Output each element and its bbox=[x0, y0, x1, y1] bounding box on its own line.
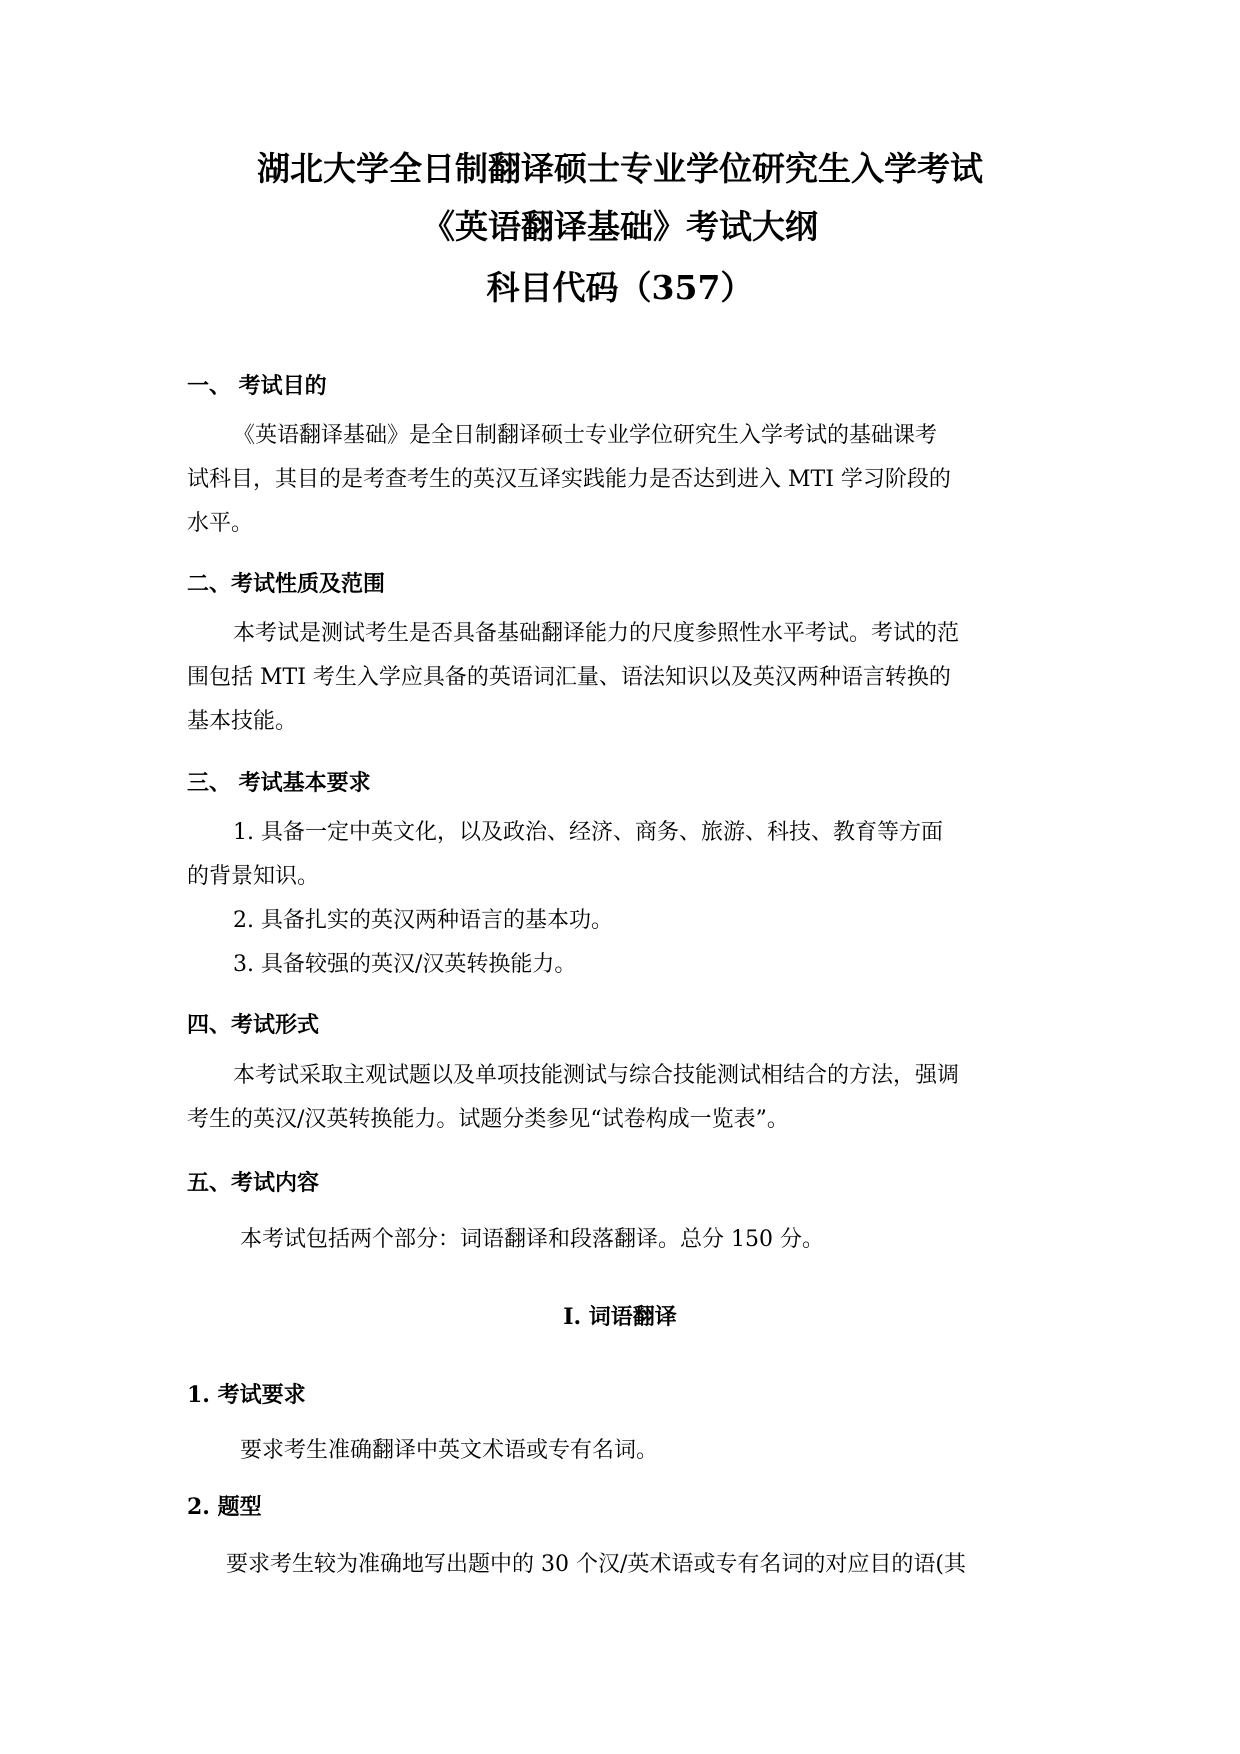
section-heading-exam-content: 五、考试内容 bbox=[187, 1166, 319, 1197]
paragraph-line: 本考试包括两个部分：词语翻译和段落翻译。总分 150 分。 bbox=[240, 1222, 824, 1253]
section-heading-exam-format: 四、考试形式 bbox=[187, 1008, 319, 1039]
subsection-heading-requirements: 1. 考试要求 bbox=[187, 1378, 306, 1409]
section-heading-exam-nature-scope: 二、考试性质及范围 bbox=[187, 567, 385, 598]
paragraph-line: 《英语翻译基础》是全日制翻译硕士专业学位研究生入学考试的基础课考 bbox=[233, 418, 937, 449]
section-heading-exam-purpose: 一、 考试目的 bbox=[187, 369, 327, 400]
list-item: 3. 具备较强的英汉/汉英转换能力。 bbox=[233, 947, 576, 978]
list-item: 1. 具备一定中英文化，以及政治、经济、商务、旅游、科技、教育等方面 bbox=[233, 815, 943, 846]
paragraph-line: 水平。 bbox=[187, 506, 253, 537]
document-page: 湖北大学全日制翻译硕士专业学位研究生入学考试 《英语翻译基础》考试大纲 科目代码… bbox=[0, 0, 1240, 1754]
paragraph-line: 要求考生准确翻译中英文术语或专有名词。 bbox=[240, 1433, 658, 1464]
document-title-line-1: 湖北大学全日制翻译硕士专业学位研究生入学考试 bbox=[0, 143, 1240, 190]
paragraph-line: 试科目，其目的是考查考生的英汉互译实践能力是否达到进入 MTI 学习阶段的 bbox=[187, 462, 951, 493]
document-title-line-2: 《英语翻译基础》考试大纲 bbox=[0, 201, 1240, 248]
document-title-subject-code: 科目代码（357） bbox=[0, 262, 1240, 309]
paragraph-line: 本考试是测试考生是否具备基础翻译能力的尺度参照性水平考试。考试的范 bbox=[233, 616, 959, 647]
paragraph-line: 要求考生较为准确地写出题中的 30 个汉/英术语或专有名词的对应目的语(其 bbox=[226, 1547, 966, 1578]
list-item: 2. 具备扎实的英汉两种语言的基本功。 bbox=[233, 903, 613, 934]
part-heading-term-translation: I. 词语翻译 bbox=[0, 1300, 1240, 1331]
section-heading-basic-requirements: 三、 考试基本要求 bbox=[187, 766, 371, 797]
paragraph-line: 考生的英汉/汉英转换能力。试题分类参见“试卷构成一览表”。 bbox=[187, 1102, 789, 1133]
subsection-heading-question-type: 2. 题型 bbox=[187, 1490, 262, 1521]
paragraph-line: 本考试采取主观试题以及单项技能测试与综合技能测试相结合的方法，强调 bbox=[233, 1058, 959, 1089]
paragraph-line: 围包括 MTI 考生入学应具备的英语词汇量、语法知识以及英汉两种语言转换的 bbox=[187, 660, 951, 691]
paragraph-line: 基本技能。 bbox=[187, 704, 297, 735]
list-item-continuation: 的背景知识。 bbox=[187, 859, 319, 890]
